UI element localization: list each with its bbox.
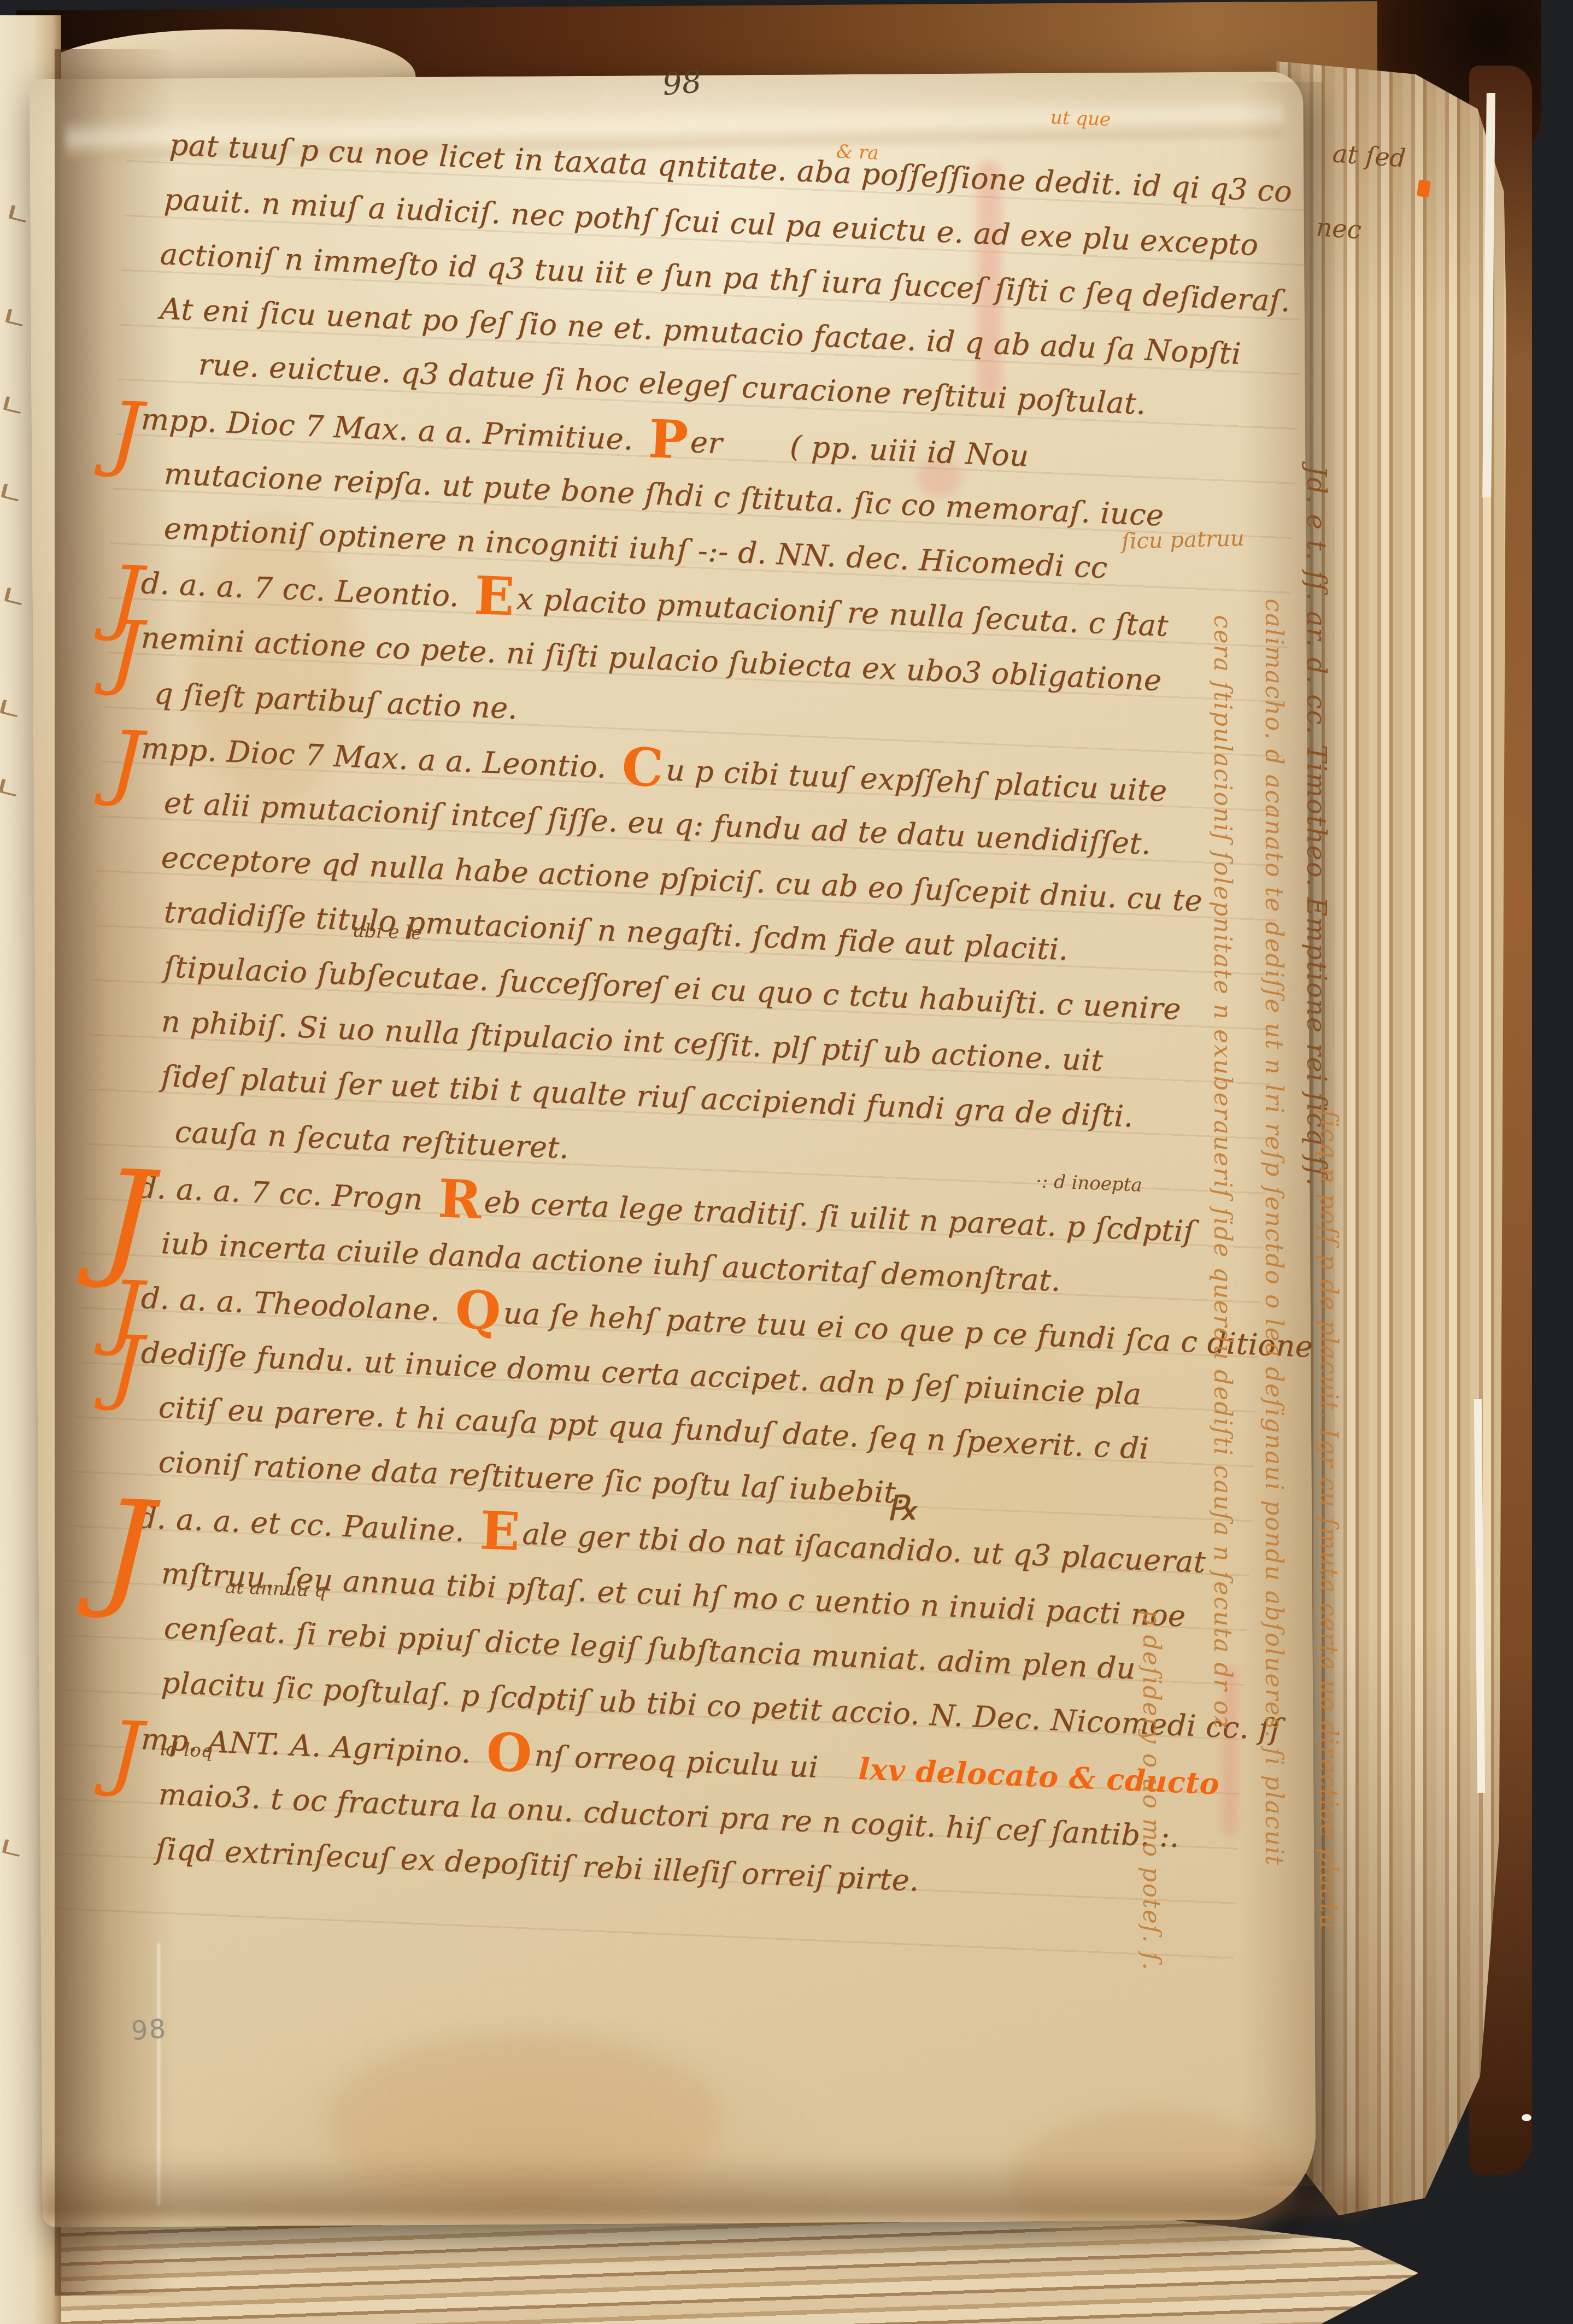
interlinear-gloss: ubi e le [352,922,422,943]
previous-page-text-fragments [0,778,20,796]
orange-initial: J [108,610,145,693]
photo-background: { "folio": { "ink_number": "98", "pencil… [0,0,1573,2324]
orange-initial: J [108,1325,145,1408]
interlinear-gloss: nec [1315,214,1362,243]
orange-initial: J [99,1483,156,1613]
ink-text [722,426,791,463]
orange-capital: E [473,565,516,628]
interlinear-gloss: id loq [160,1740,213,1760]
page-bottom-shadow [44,2156,1366,2216]
interlinear-gloss: ·: d inoepta [1035,1172,1142,1194]
interlinear-gloss: & ra [836,143,879,163]
vertical-margin-note: ſicq n poſſ p de placuit. Igr cu ſmuta c… [1316,1110,1340,1930]
interlinear-gloss: at annuu q [225,1577,326,1600]
orange-capital: E [479,1499,521,1563]
previous-page-text-fragments [4,587,25,605]
previous-page-text-fragments [2,1839,22,1857]
ink-text: er [690,425,723,460]
orange-capital: Q [454,1278,503,1342]
orange-capital: P [647,408,689,471]
vertical-margin-note: cera ſtipulacioniſ ſolepnitate n exubera… [1210,615,1234,1730]
vertical-margin-note: Jd. e t. ſſ. ar. d. cc. Timotheo. Emptio… [1303,466,1329,1187]
orange-initial: J [108,391,145,474]
vertical-margin-note: p deſidery o uo mo poteſ. ſ. [1139,1610,1163,1971]
interlinear-gloss: ſicu patruu [1122,527,1245,553]
vertical-margin-note: calimacho. d acanato te dediſſe ut n lri… [1261,598,1286,1867]
orange-initial: J [108,720,145,803]
responsum-sign: ℞ [886,1490,919,1527]
orange-capital: C [620,736,665,799]
previous-page-text-fragments [5,308,26,326]
previous-page-text-fragments [3,396,24,414]
orange-paint-fleck [1417,180,1431,198]
previous-page-text-fragments [8,204,29,222]
folio-number-ink: 98 [661,64,703,103]
orange-initial: J [108,1711,145,1794]
previous-page-text-fragments [0,699,21,717]
orange-capital: R [437,1167,483,1231]
interlinear-gloss: ut que [1050,108,1111,129]
orange-capital: O [485,1721,533,1785]
folio-number-pencil: 98 [130,2014,168,2046]
previous-page-text-fragments [1,483,21,501]
dust-speck [1522,2114,1531,2121]
interlinear-gloss: at ſed [1332,140,1407,171]
